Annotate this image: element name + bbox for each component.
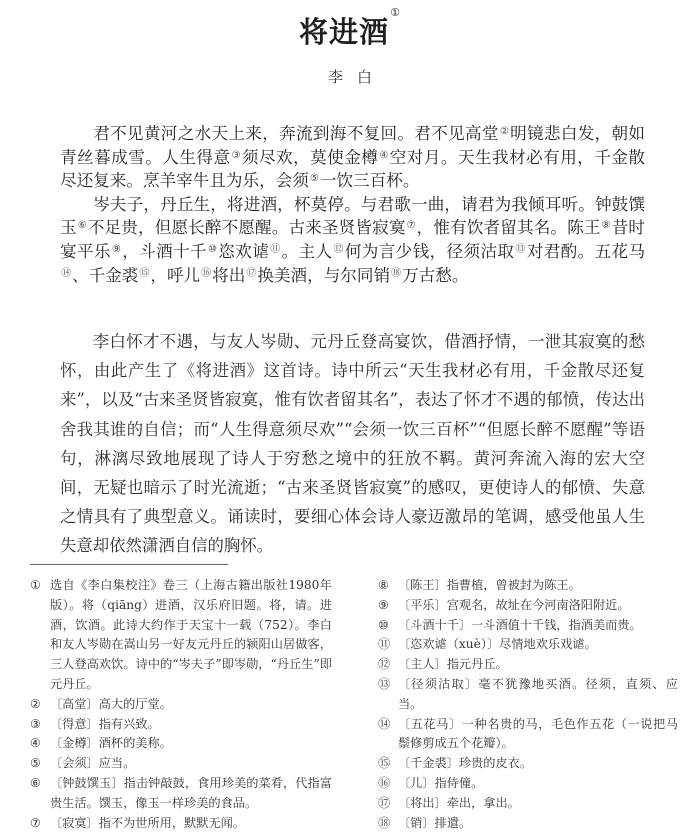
footnote-number: ⑦	[30, 814, 50, 833]
footnote-marker[interactable]: ⑱	[391, 268, 401, 279]
footnote-item: ⑪〔恣欢谑（xuè）〕尽情地欢乐戏谑。	[378, 635, 678, 655]
footnote-marker[interactable]: ⑭	[61, 268, 71, 279]
footnote-text: 〔会须〕应当。	[50, 754, 332, 774]
poem-text: 须尽欢，莫使金樽	[242, 148, 378, 167]
footnote-number: ⑨	[378, 596, 398, 616]
poem-title-text: 将进酒	[299, 15, 389, 49]
footnote-number: ⑰	[378, 794, 398, 814]
footnote-text: 〔陈王〕指曹植，曾被封为陈王。	[398, 576, 678, 596]
footnote-text: 〔斗酒十千〕一斗酒值十千钱，指酒美而贵。	[398, 616, 678, 636]
poem-stanza: 岑夫子，丹丘生，将进酒，杯莫停。与君歌一曲，请君为我倾耳听。钟鼓馔玉⑥不足贵，但…	[60, 193, 645, 287]
footnote-number: ⑧	[378, 576, 398, 596]
poem-text: ，呼儿	[150, 266, 200, 285]
footnote-item: ②〔高堂〕高大的厅堂。	[30, 695, 332, 715]
poem-text: 将出	[212, 266, 245, 285]
footnote-text: 〔寂寞〕指不为世所用，默默无闻。	[50, 814, 332, 833]
poem-text: 何为言少钱，径须沽取	[345, 242, 515, 261]
footnote-item: ⑭〔五花马〕一种名贵的马，毛色作五花（一说把马鬃修剪成五个花瓣）。	[378, 715, 678, 755]
footnotes-right-column: ⑧〔陈王〕指曹植，曾被封为陈王。⑨〔平乐〕宫观名，故址在今河南洛阳附近。⑩〔斗酒…	[378, 576, 678, 833]
footnote-separator	[30, 564, 228, 565]
poem-text: 。主人	[282, 242, 333, 261]
footnote-item: ⑤〔会须〕应当。	[30, 754, 332, 774]
footnote-number: ⑤	[30, 754, 50, 774]
poem-author: 李白	[0, 66, 700, 87]
footnote-item: ⑰〔将出〕牵出，拿出。	[378, 794, 678, 814]
commentary: 李白怀才不遇，与友人岑勋、元丹丘登高宴饮，借酒抒情，一泄其寂寞的愁怀，由此产生了…	[60, 327, 645, 561]
footnote-text: 〔儿〕指侍僮。	[398, 774, 678, 794]
footnote-marker[interactable]: ⑨	[112, 244, 121, 255]
footnote-item: ⑥〔钟鼓馔玉〕指击钟敲鼓，食用珍美的菜肴，代指富贵生活。馔玉，像玉一样珍美的食品…	[30, 774, 332, 814]
footnote-marker[interactable]: ⑩	[208, 244, 217, 255]
footnote-number: ④	[30, 734, 50, 754]
footnote-item: ⑮〔千金裘〕珍贵的皮衣。	[378, 754, 678, 774]
footnote-marker[interactable]: ⑪	[270, 244, 280, 255]
footnote-text: 选自《李白集校注》卷三（上海古籍出版社1980年版）。将（qiāng）进酒，汉乐…	[50, 576, 332, 695]
footnote-number: ⑪	[378, 635, 398, 655]
footnote-item: ⑫〔主人〕指元丹丘。	[378, 655, 678, 675]
footnote-text: 〔恣欢谑（xuè）〕尽情地欢乐戏谑。	[398, 635, 678, 655]
poem-text: 恣欢谑	[218, 242, 269, 261]
footnote-text: 〔钟鼓馔玉〕指击钟敲鼓，食用珍美的菜肴，代指富贵生活。馔玉，像玉一样珍美的食品。	[50, 774, 332, 814]
poem-text: 君不见黄河之水天上来，奔流到海不复回。君不见高堂	[93, 124, 499, 143]
footnote-marker[interactable]: ⑫	[333, 244, 343, 255]
footnote-number: ③	[30, 715, 50, 735]
footnote-number: ⑩	[378, 616, 398, 636]
footnote-marker[interactable]: ③	[232, 150, 241, 161]
footnote-number: ⑯	[378, 774, 398, 794]
poem-text: 对君酌。五花马	[527, 242, 645, 261]
footnote-item: ⑬〔径须沽取〕毫不犹豫地买酒。径须，直须、应当。	[378, 675, 678, 715]
footnote-text: 〔千金裘〕珍贵的皮衣。	[398, 754, 678, 774]
footnote-text: 〔金樽〕酒杯的美称。	[50, 734, 332, 754]
footnote-marker[interactable]: ⑬	[515, 244, 525, 255]
footnote-item: ⑧〔陈王〕指曹植，曾被封为陈王。	[378, 576, 678, 596]
poem-text: 一饮三百杯。	[320, 171, 420, 190]
footnote-item: ①选自《李白集校注》卷三（上海古籍出版社1980年版）。将（qiāng）进酒，汉…	[30, 576, 332, 695]
footnote-number: ⑬	[378, 675, 398, 715]
poem-title: 将进酒①	[0, 10, 700, 51]
poem-text: 、千金裘	[72, 266, 138, 285]
footnote-marker[interactable]: ⑰	[246, 268, 256, 279]
footnote-number: ⑫	[378, 655, 398, 675]
footnote-text: 〔五花马〕一种名贵的马，毛色作五花（一说把马鬃修剪成五个花瓣）。	[398, 715, 678, 755]
footnote-item: ④〔金樽〕酒杯的美称。	[30, 734, 332, 754]
poem-text: ，斗酒十千	[122, 242, 207, 261]
poem-text: 万古愁。	[402, 266, 468, 285]
footnote-number: ①	[30, 576, 50, 695]
footnote-text: 〔将出〕牵出，拿出。	[398, 794, 678, 814]
footnote-text: 〔平乐〕宫观名，故址在今河南洛阳附近。	[398, 596, 678, 616]
poem-body: 君不见黄河之水天上来，奔流到海不复回。君不见高堂②明镜悲白发，朝如青丝暮成雪。人…	[60, 122, 645, 287]
footnote-number: ⑥	[30, 774, 50, 814]
footnote-number: ②	[30, 695, 50, 715]
footnote-marker[interactable]: ⑧	[602, 220, 611, 231]
poem-stanza: 君不见黄河之水天上来，奔流到海不复回。君不见高堂②明镜悲白发，朝如青丝暮成雪。人…	[60, 122, 645, 193]
footnote-item: ③〔得意〕指有兴致。	[30, 715, 332, 735]
poem-text: 换美酒，与尔同销	[257, 266, 390, 285]
footnote-text: 〔高堂〕高大的厅堂。	[50, 695, 332, 715]
footnote-marker[interactable]: ②	[500, 126, 509, 137]
footnote-item: ⑱〔销〕排遣。	[378, 814, 678, 833]
footnote-number: ⑮	[378, 754, 398, 774]
footnote-text: 〔径须沽取〕毫不犹豫地买酒。径须，直须、应当。	[398, 675, 678, 715]
poem-text: 不足贵，但愿长醉不愿醒。古来圣贤皆寂寞	[88, 218, 406, 237]
footnote-marker[interactable]: ⑤	[310, 173, 319, 184]
footnote-number: ⑱	[378, 814, 398, 833]
footnote-text: 〔得意〕指有兴致。	[50, 715, 332, 735]
footnote-marker[interactable]: ⑦	[407, 220, 416, 231]
footnote-marker[interactable]: ⑥	[78, 220, 87, 231]
poem-text: ，惟有饮者留其名。陈王	[417, 218, 601, 237]
footnote-text: 〔主人〕指元丹丘。	[398, 655, 678, 675]
footnotes-left-column: ①选自《李白集校注》卷三（上海古籍出版社1980年版）。将（qiāng）进酒，汉…	[30, 576, 332, 833]
commentary-paragraph: 李白怀才不遇，与友人岑勋、元丹丘登高宴饮，借酒抒情，一泄其寂寞的愁怀，由此产生了…	[60, 327, 645, 561]
footnote-item: ⑨〔平乐〕宫观名，故址在今河南洛阳附近。	[378, 596, 678, 616]
footnote-marker[interactable]: ④	[379, 150, 388, 161]
title-footnote-marker: ①	[390, 6, 401, 19]
footnote-item: ⑦〔寂寞〕指不为世所用，默默无闻。	[30, 814, 332, 833]
footnote-marker[interactable]: ⑮	[139, 268, 149, 279]
footnote-number: ⑭	[378, 715, 398, 755]
footnote-item: ⑯〔儿〕指侍僮。	[378, 774, 678, 794]
footnote-marker[interactable]: ⑯	[201, 268, 211, 279]
footnote-text: 〔销〕排遣。	[398, 814, 678, 833]
footnote-item: ⑩〔斗酒十千〕一斗酒值十千钱，指酒美而贵。	[378, 616, 678, 636]
